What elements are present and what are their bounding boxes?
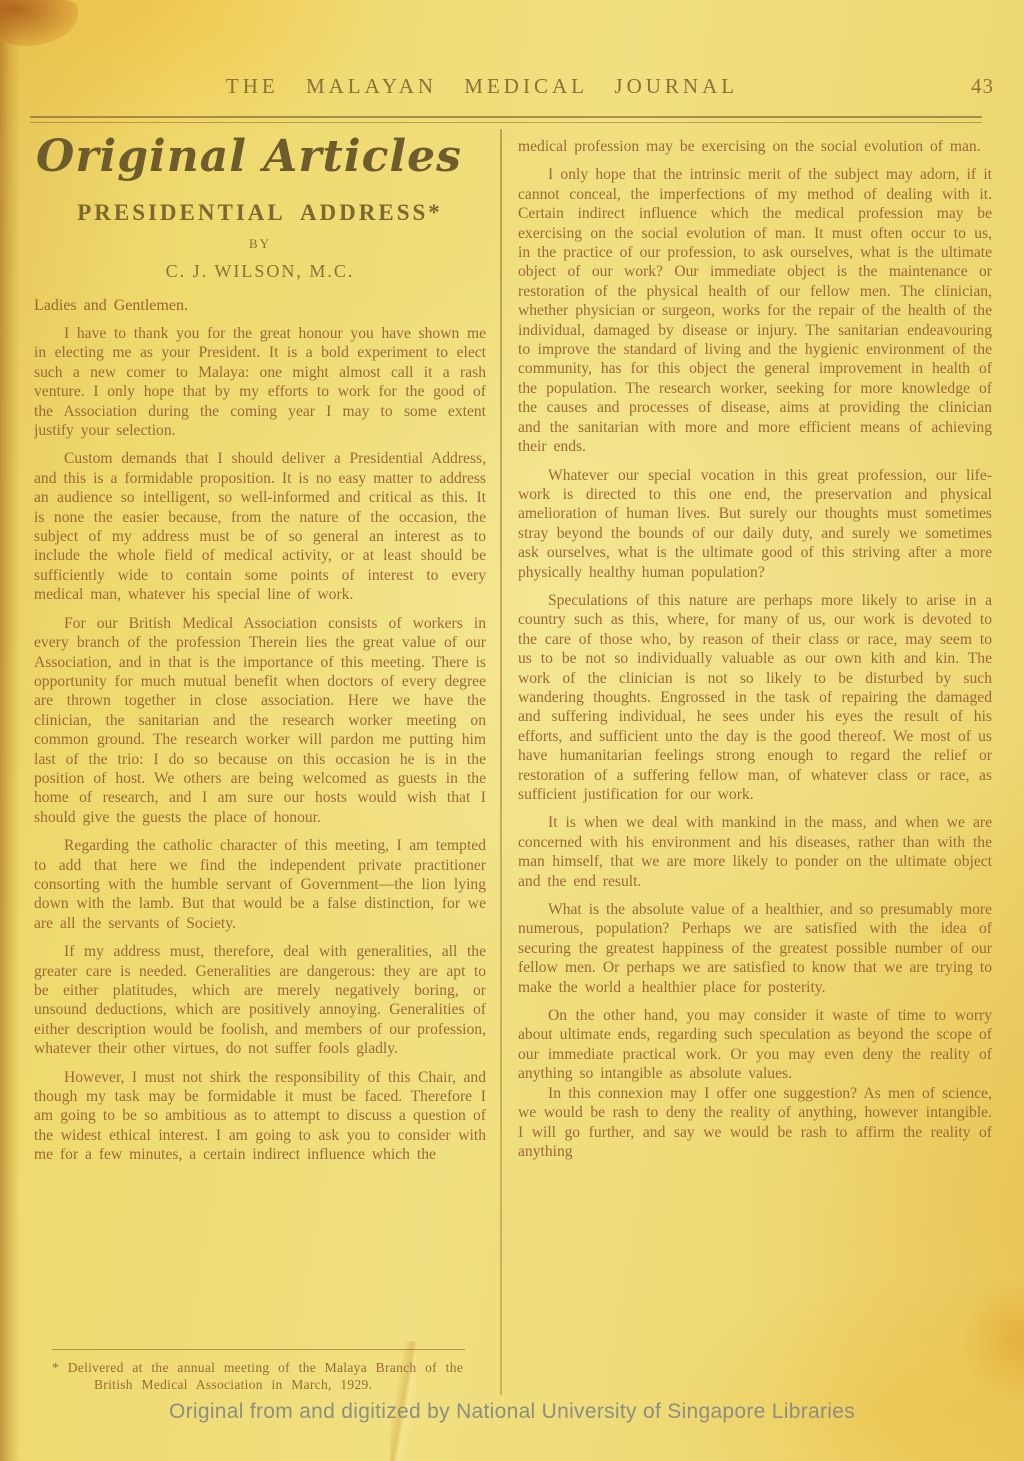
journal-page-scan: THE MALAYAN MEDICAL JOURNAL 43 Original …: [0, 0, 1024, 1461]
header-rule: [30, 116, 982, 123]
paragraph: On the other hand, you may consider it w…: [518, 1006, 992, 1084]
section-heading: Original Articles: [34, 127, 486, 190]
page-number: 43: [971, 74, 994, 99]
paragraph: I only hope that the intrinsic merit of …: [518, 165, 992, 456]
paragraph: However, I must not shirk the responsibi…: [34, 1068, 486, 1165]
running-header-title: THE MALAYAN MEDICAL JOURNAL: [0, 74, 964, 99]
paragraph: If my address must, therefore, deal with…: [34, 942, 486, 1058]
salutation: Ladies and Gentlemen.: [34, 297, 486, 315]
footnote-line: * Delivered at the annual meeting of the…: [52, 1359, 482, 1376]
binding-edge-shadow: [0, 0, 20, 1461]
paragraph: In this connexion may I offer one sugges…: [518, 1084, 992, 1162]
paragraph: Regarding the catholic character of this…: [34, 836, 486, 933]
article-columns: Original Articles PRESIDENTIAL ADDRESS* …: [34, 127, 992, 1395]
paragraph: medical profession may be exercising on …: [518, 137, 992, 156]
paragraph: I have to thank you for the great honour…: [34, 324, 486, 440]
paragraph: For our British Medical Association cons…: [34, 614, 486, 827]
article-author: C. J. WILSON, M.C.: [34, 261, 486, 282]
byline-prefix: BY: [34, 236, 486, 252]
paragraph: Speculations of this nature are perhaps …: [518, 591, 992, 804]
paragraph: What is the absolute value of a healthie…: [518, 900, 992, 997]
paragraph: It is when we deal with mankind in the m…: [518, 813, 992, 891]
footnote: * Delivered at the annual meeting of the…: [52, 1349, 482, 1393]
corner-stain: [0, 0, 78, 46]
footnote-rule: [52, 1349, 465, 1350]
right-column: medical profession may be exercising on …: [518, 127, 992, 1395]
left-column: Original Articles PRESIDENTIAL ADDRESS* …: [34, 127, 486, 1395]
column-divider-rule: [500, 129, 502, 1395]
article-title: PRESIDENTIAL ADDRESS*: [34, 200, 486, 226]
digitization-caption: Original from and digitized by National …: [0, 1400, 1024, 1424]
footnote-line: British Medical Association in March, 19…: [94, 1376, 482, 1393]
paragraph: Whatever our special vocation in this gr…: [518, 466, 992, 582]
paragraph: Custom demands that I should deliver a P…: [34, 449, 486, 604]
